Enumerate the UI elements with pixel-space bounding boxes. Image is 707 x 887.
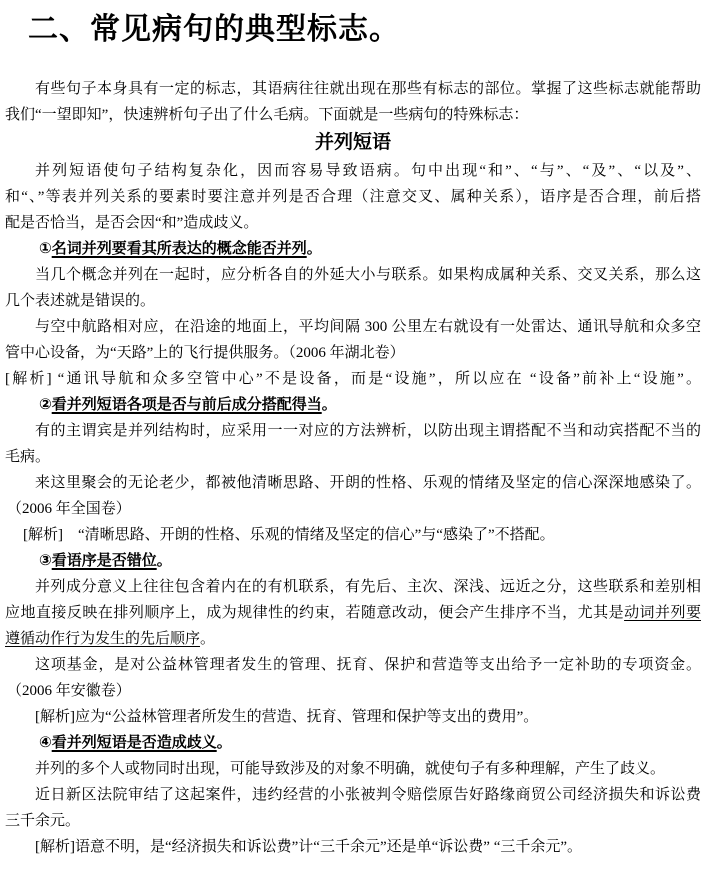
subheading-2: ②看并列短语各项是否与前后成分搭配得当。 (5, 392, 701, 418)
section-intro-line: 配是否恰当，是否会因“和”造成歧义。 (5, 210, 701, 236)
body-line: 当几个概念并列在一起时，应分析各自的外延大小与联系。如果构成属种关系、交叉关系，… (5, 262, 701, 288)
example-line: 来这里聚会的无论老少，都被他清晰思路、开朗的性格、乐观的情绪及坚定的信心深深地感… (5, 470, 701, 496)
document-page: 二、常见病句的典型标志。 有些句子本身具有一定的标志，其语病往往就出现在那些有标… (0, 0, 707, 887)
example-line: 与空中航路相对应，在沿途的地面上，平均间隔 300 公里左右就设有一处雷达、通讯… (5, 314, 701, 340)
subheading-number: ② (39, 396, 52, 413)
subheading-number: ③ (39, 552, 52, 569)
intro-line: 我们“一望即知”，快速辨析句子出了什么毛病。下面就是一些病句的特殊标志： (5, 102, 701, 128)
subheading-period: 。 (307, 240, 322, 257)
subheading-text: 看语序是否错位 (52, 552, 157, 569)
underlined-phrase: 动词并列要 (624, 605, 701, 621)
body-line: 遵循动作行为发生的先后顺序。 (5, 626, 701, 652)
example-line: 这项基金，是对公益林管理者发生的管理、抚育、保护和营造等支出给予一定补助的专项资… (5, 652, 701, 678)
section-intro-line: 和“、”等表并列关系的要素时要注意并列是否合理（注意交叉、属种关系），语序是否合… (5, 184, 701, 210)
body-line: 应地直接反映在排列顺序上，成为规律性的约束，若随意改动，便会产生排序不当，尤其是… (5, 600, 701, 626)
intro-line: 有些句子本身具有一定的标志，其语病往往就出现在那些有标志的部位。掌握了这些标志就… (5, 76, 701, 102)
subheading-number: ① (39, 240, 52, 257)
subheading-period: 。 (157, 552, 172, 569)
source-line: （2006 年全国卷） (5, 496, 701, 522)
body-line: 有的主谓宾是并列结构时，应采用一一对应的方法辨析，以防出现主谓搭配不当和动宾搭配… (5, 418, 701, 444)
section-heading: 并列短语 (5, 128, 701, 158)
analysis-line: [解析] “清晰思路、开朗的性格、乐观的情绪及坚定的信心”与“感染了”不搭配。 (5, 522, 701, 548)
subheading-1: ①名词并列要看其所表达的概念能否并列。 (5, 236, 701, 262)
body-line: 几个表述就是错误的。 (5, 288, 701, 314)
analysis-line: [解析]应为“公益林管理者所发生的营造、抚育、管理和保护等支出的费用”。 (5, 704, 701, 730)
subheading-text: 看并列短语各项是否与前后成分搭配得当 (52, 396, 322, 413)
subheading-text: 名词并列要看其所表达的概念能否并列 (52, 240, 307, 257)
example-line: 近日新区法院审结了这起案件，违约经营的小张被判令赔偿原告好路缘商贸公司经济损失和… (5, 782, 701, 808)
subheading-number: ④ (39, 734, 52, 751)
analysis-line: [解析] “通讯导航和众多空管中心”不是设备，而是“设施”，所以应在 “设备”前… (5, 366, 701, 392)
body-line: 并列成分意义上往往包含着内在的有机联系，有先后、主次、深浅、远近之分，这些联系和… (5, 574, 701, 600)
source-line: （2006 年安徽卷） (5, 678, 701, 704)
subheading-period: 。 (322, 396, 337, 413)
example-line: 管中心设备，为“天路”上的飞行提供服务。（2006 年湖北卷） (5, 340, 701, 366)
page-title: 二、常见病句的典型标志。 (28, 8, 701, 52)
underlined-phrase: 遵循动作行为发生的先后顺序 (5, 631, 200, 647)
section-intro-line: 并列短语使句子结构复杂化，因而容易导致语病。句中出现“和”、“与”、“及”、“以… (5, 158, 701, 184)
subheading-text: 看并列短语是否造成歧义 (52, 734, 217, 751)
body-text: 应地直接反映在排列顺序上，成为规律性的约束，若随意改动，便会产生排序不当，尤其是 (5, 605, 624, 621)
subheading-3: ③看语序是否错位。 (5, 548, 701, 574)
body-line: 并列的多个人或物同时出现，可能导致涉及的对象不明确，就使句子有多种理解，产生了歧… (5, 756, 701, 782)
subheading-4: ④看并列短语是否造成歧义。 (5, 730, 701, 756)
body-text: 。 (200, 631, 215, 647)
analysis-line: [解析]语意不明，是“经济损失和诉讼费”计“三千余元”还是单“诉讼费” “三千余… (5, 834, 701, 860)
document-body: 有些句子本身具有一定的标志，其语病往往就出现在那些有标志的部位。掌握了这些标志就… (5, 76, 701, 860)
subheading-period: 。 (217, 734, 232, 751)
example-line: 三千余元。 (5, 808, 701, 834)
body-line: 毛病。 (5, 444, 701, 470)
